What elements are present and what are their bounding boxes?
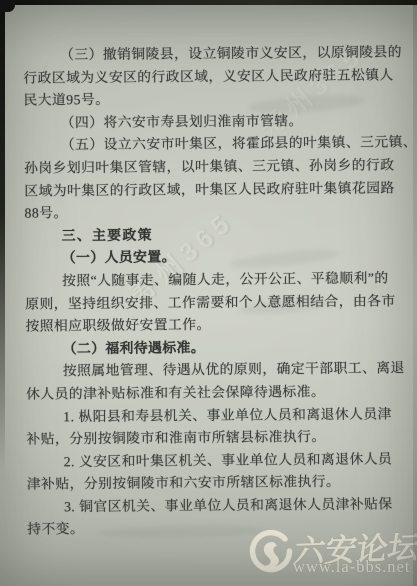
document-body: （三）撤销铜陵县，设立铜陵市义安区，以原铜陵县的行政区域为义安区的行政区域，义安… — [23, 41, 401, 541]
document-line: （二）福利待遇标准。 — [26, 335, 400, 361]
document-line: 按照相应职级做好安置工作。 — [25, 312, 399, 338]
document-line: （三）撤销铜陵县，设立铜陵市义安区，以原铜陵县的 — [23, 41, 397, 67]
document-line: 休人员的津补贴标准和有关社会保障待遇标准。 — [26, 380, 400, 406]
document-line: 1. 枞阳县和寿县机关、事业单位人员和离退休人员津 — [26, 403, 400, 429]
document-line: 津补贴，分别按铜陵市和六安市所辖区标准执行。 — [27, 471, 401, 497]
scan-left-edge — [0, 0, 5, 470]
document-line: 行政区域为义安区的行政区域，义安区人民政府驻五松镇人 — [23, 64, 397, 90]
document-line: 88号。 — [24, 200, 398, 226]
scan-right-edge — [413, 0, 417, 586]
scanned-document-page: 寿州365 寿州365 （三）撤销铜陵县，设立铜陵市义安区，以原铜陵县的行政区域… — [0, 0, 417, 586]
document-line: 三、主要政策 — [25, 222, 399, 248]
forum-url: www.la-bbs.net — [293, 557, 410, 577]
document-line: 孙岗乡划归叶集区管辖，以叶集镇、三元镇、孙岗乡的行政 — [24, 154, 398, 180]
document-line: 补贴，分别按铜陵市和淮南市所辖县标准执行。 — [26, 425, 400, 451]
scan-top-edge — [0, 0, 417, 5]
document-line: 按照属地管理、待遇从优的原则，确定干部职工、离退 — [26, 358, 400, 384]
document-line: 3. 铜官区机关、事业单位人员和离退休人员津补贴保 — [27, 493, 401, 519]
document-line: （五）设立六安市叶集区，将霍邱县的叶集镇、三元镇、 — [24, 132, 398, 158]
document-line: 按照“人随事走、编随人走，公开公正、平稳顺利”的 — [25, 267, 399, 293]
document-line: 民大道95号。 — [23, 87, 397, 113]
document-line: 区域为叶集区的行政区域，叶集区人民政府驻叶集镇花园路 — [24, 177, 398, 203]
document-line: （一）人员安置。 — [25, 245, 399, 271]
document-line: 原则，坚持组织安排、工作需要和个人意愿相结合，由各市 — [25, 290, 399, 316]
document-line: 2. 义安区和叶集区机关、事业单位人员和离退休人员 — [27, 448, 401, 474]
document-line: 持不变。 — [27, 516, 401, 542]
document-line: （四）将六安市寿县划归淮南市管辖。 — [24, 109, 398, 135]
scan-corner-shadow — [0, 0, 15, 12]
